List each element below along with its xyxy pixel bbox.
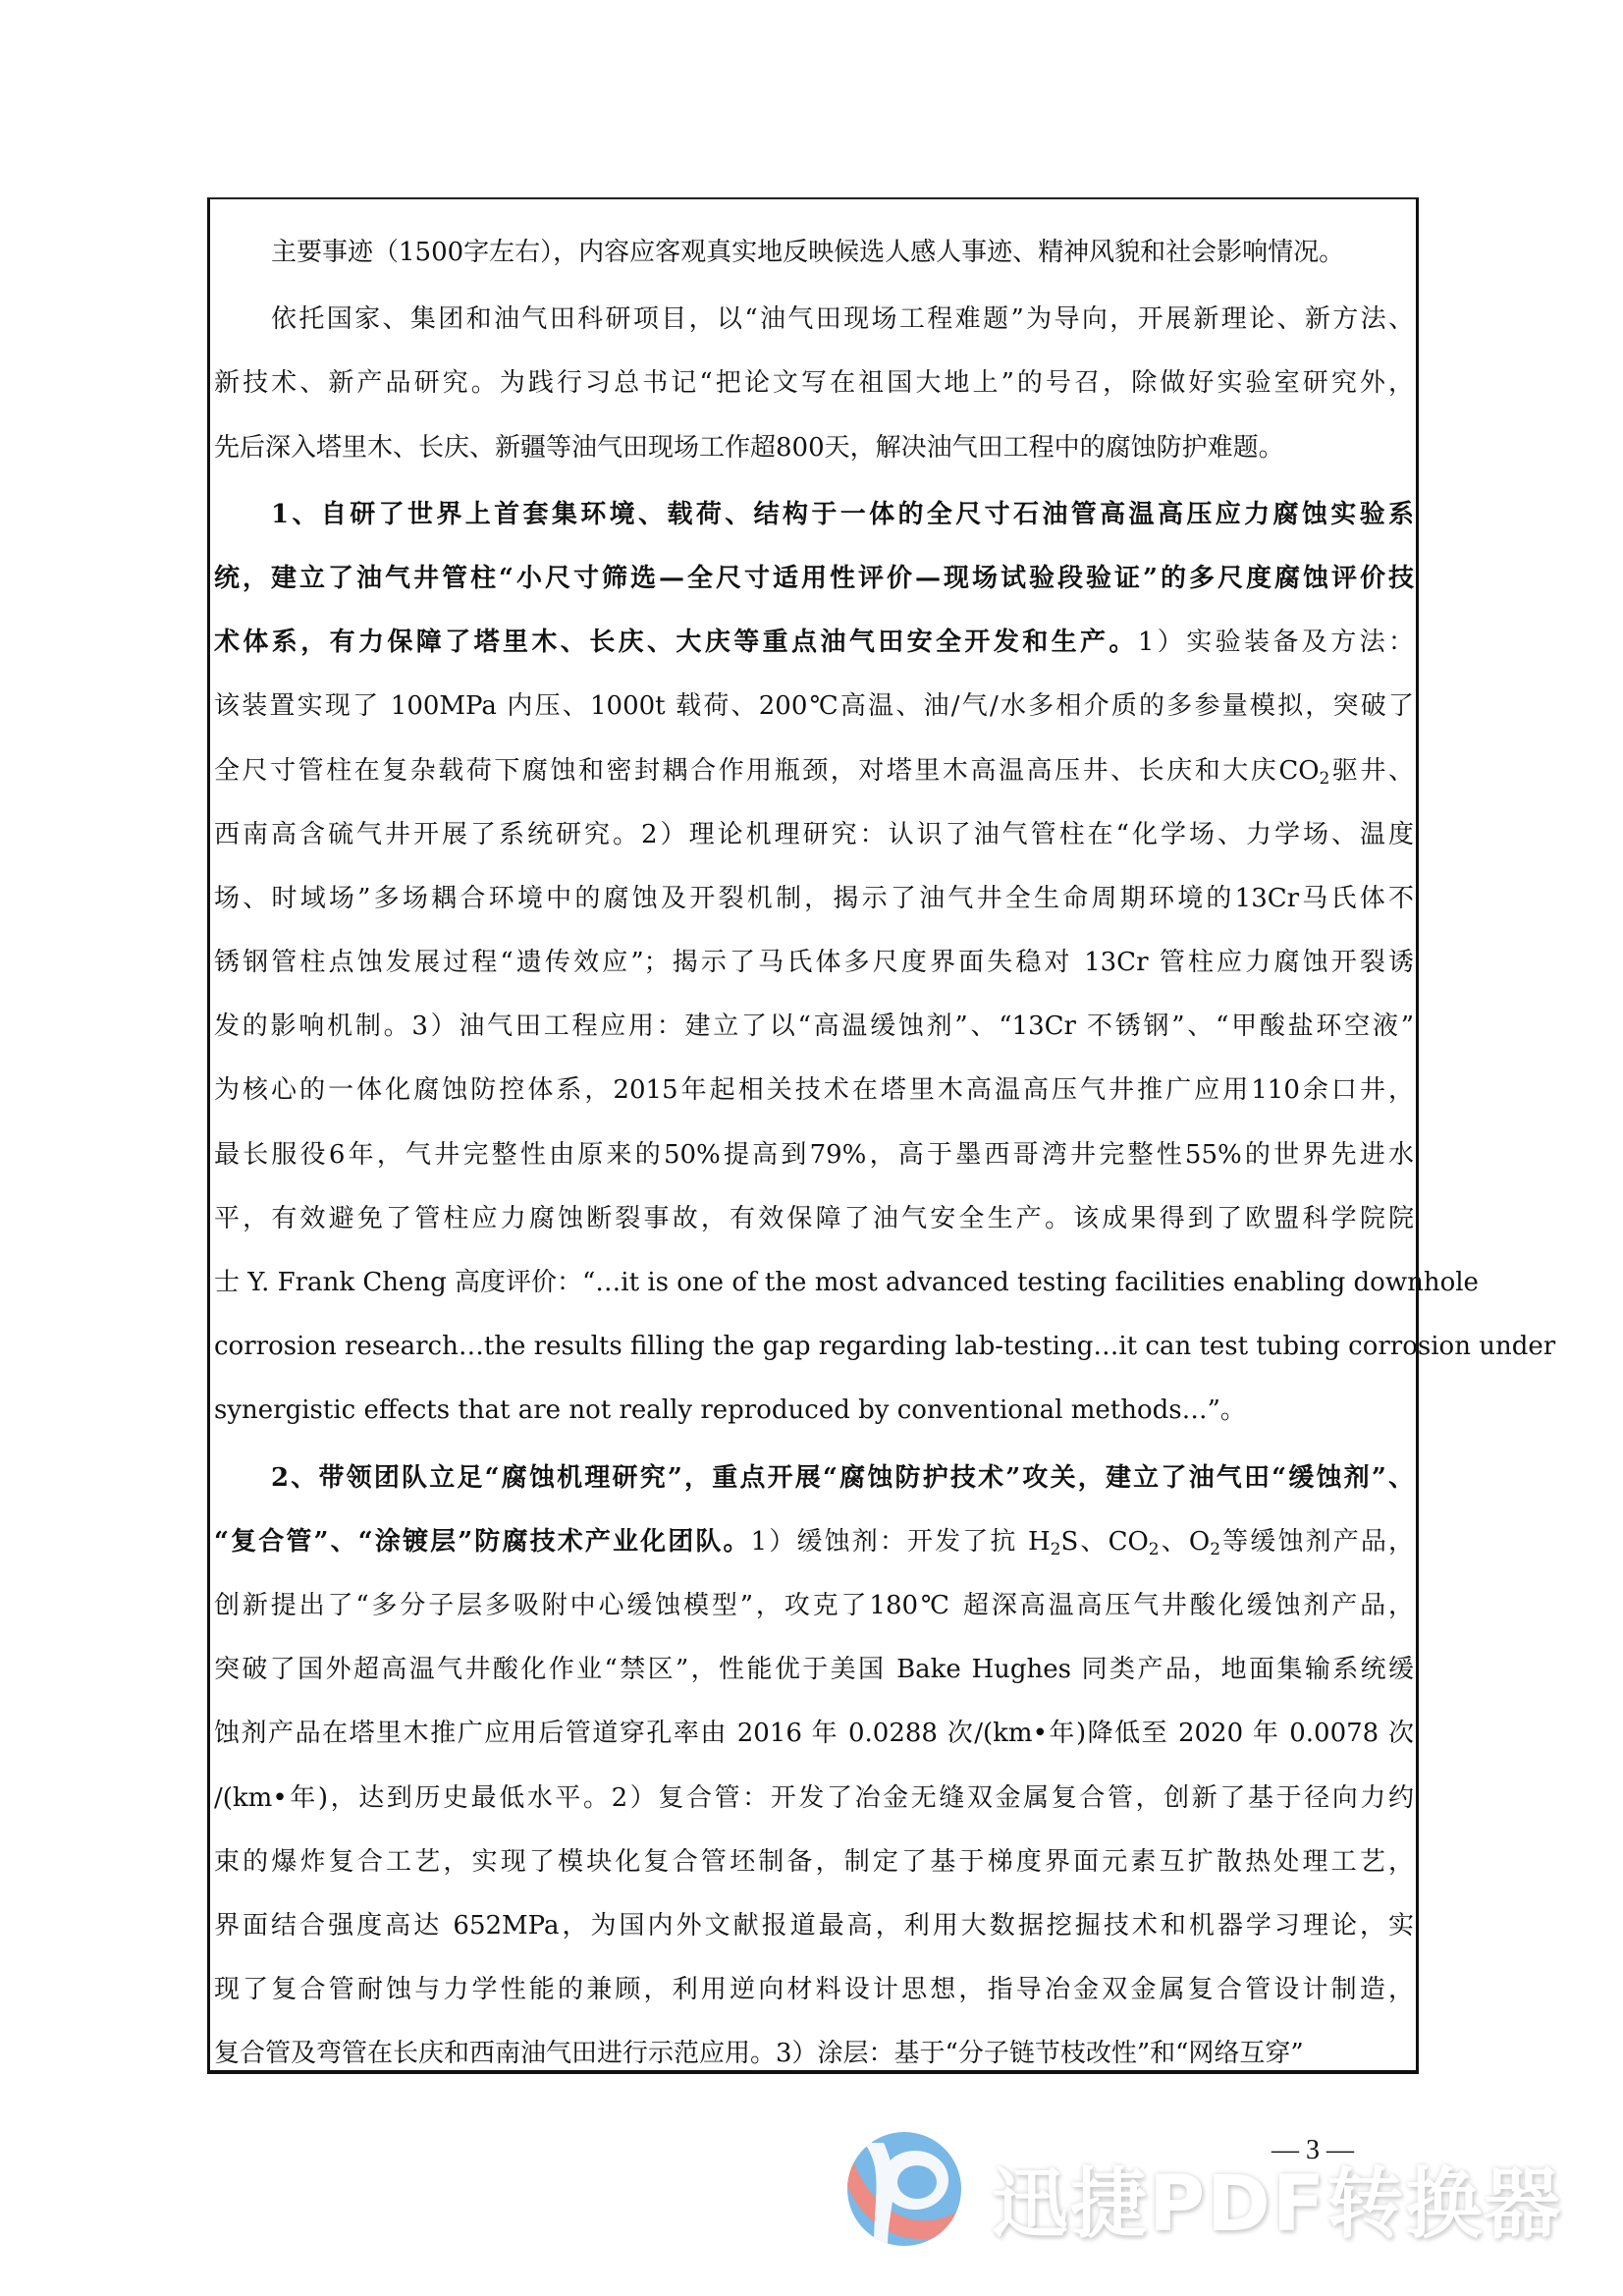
text-line: 术体系，有力保障了塔里木、长庆、大庆等重点油气田安全开发和生产。1）实验装备及方… <box>214 621 1414 684</box>
text-span: 、O <box>1160 1527 1211 1557</box>
text-span: 最长服役6年，气井完整性由原来的50%提高到79%，高于墨西哥湾井完整性55%的… <box>214 1140 1414 1170</box>
text-line: 士 Y. Frank Cheng 高度评价：“…it is one of the… <box>214 1261 1414 1325</box>
text-span: 为核心的一体化腐蚀防控体系，2015年起相关技术在塔里木高温高压气井推广应用11… <box>214 1075 1414 1105</box>
text-span: 创新提出了“多分子层多吸附中心缓蚀模型”，攻克了180℃ 超深高温高压气井酸化缓… <box>214 1591 1414 1620</box>
text-line: “复合管”、“涂镀层”防腐技术产业化团队。1）缓蚀剂：开发了抗 H2S、CO2、… <box>214 1520 1414 1584</box>
text-span: 依托国家、集团和油气田科研项目，以“油气田现场工程难题”为导向，开展新理论、新方… <box>271 304 1414 334</box>
text-line: 该装置实现了 100MPa 内压、1000t 载荷、200℃高温、油/气/水多相… <box>214 684 1414 748</box>
text-span: 1）缓蚀剂：开发了抗 H <box>751 1527 1051 1557</box>
text-span: 突破了国外超高温气井酸化作业“禁区”，性能优于美国 Bake Hughes 同类… <box>214 1655 1414 1684</box>
text-line: synergistic effects that are not really … <box>214 1389 1414 1452</box>
text-line: 统，建立了油气井管柱“小尺寸筛选—全尺寸适用性评价—现场试验段验证”的多尺度腐蚀… <box>214 557 1414 621</box>
text-span: 全尺寸管柱在复杂载荷下腐蚀和密封耦合作用瓶颈，对塔里木高温高压井、长庆和大庆CO <box>214 756 1320 786</box>
text-span: 士 Y. Frank Cheng 高度评价：“…it is one of the… <box>214 1268 1479 1297</box>
subscript: 2 <box>1320 769 1330 789</box>
text-line: 复合管及弯管在长庆和西南油气田进行示范应用。3）涂层：基于“分子链节枝改性”和“… <box>214 2032 1414 2096</box>
subscript: 2 <box>1149 1540 1160 1559</box>
text-span: 复合管及弯管在长庆和西南油气田进行示范应用。3）涂层：基于“分子链节枝改性”和“… <box>214 2039 1304 2068</box>
text-span: /(km•年)，达到历史最低水平。2）复合管：开发了冶金无缝双金属复合管，创新了… <box>214 1783 1414 1813</box>
page-number: — 3 — <box>1239 2135 1386 2166</box>
text-span: 新技术、新产品研究。为践行习总书记“把论文写在祖国大地上”的号召，除做好实验室研… <box>214 368 1414 398</box>
text-span: synergistic effects that are not really … <box>214 1395 1246 1425</box>
bold-text: 术体系，有力保障了塔里木、长庆、大庆等重点油气田安全开发和生产。 <box>214 628 1138 657</box>
subscript: 2 <box>1051 1540 1061 1559</box>
text-line: 2、带领团队立足“腐蚀机理研究”，重点开展“腐蚀防护技术”攻关，建立了油气田“缓… <box>214 1456 1414 1520</box>
text-span: 主要事迹（1500字左右），内容应客观真实地反映候选人感人事迹、精神风貌和社会影… <box>271 238 1344 267</box>
text-line: 为核心的一体化腐蚀防控体系，2015年起相关技术在塔里木高温高压气井推广应用11… <box>214 1068 1414 1132</box>
text-span: 先后深入塔里木、长庆、新疆等油气田现场工作超800天，解决油气田工程中的腐蚀防护… <box>214 433 1284 463</box>
document-body: 主要事迹（1500字左右），内容应客观真实地反映候选人感人事迹、精神风貌和社会影… <box>214 231 1414 2096</box>
text-line: 全尺寸管柱在复杂载荷下腐蚀和密封耦合作用瓶颈，对塔里木高温高压井、长庆和大庆CO… <box>214 749 1414 813</box>
bold-text: 统，建立了油气井管柱“小尺寸筛选—全尺寸适用性评价—现场试验段验证”的多尺度腐蚀… <box>214 564 1414 593</box>
bold-text: 1、自研了世界上首套集环境、载荷、结构于一体的全尺寸石油管高温高压应力腐蚀实验系 <box>271 500 1414 529</box>
text-line: 锈钢管柱点蚀发展过程“遗传效应”；揭示了马氏体多尺度界面失稳对 13Cr 管柱应… <box>214 941 1414 1005</box>
text-span: 现了复合管耐蚀与力学性能的兼顾，利用逆向材料设计思想，指导冶金双金属复合管设计制… <box>214 1975 1414 2004</box>
watermark: 迅捷PDF转换器 <box>835 2121 1600 2259</box>
text-line: /(km•年)，达到历史最低水平。2）复合管：开发了冶金无缝双金属复合管，创新了… <box>214 1777 1414 1840</box>
text-span: 蚀剂产品在塔里木推广应用后管道穿孔率由 2016 年 0.0288 次/(km•… <box>214 1719 1414 1748</box>
bold-text: 2、带领团队立足“腐蚀机理研究”，重点开展“腐蚀防护技术”攻关，建立了油气田“缓… <box>271 1463 1414 1493</box>
text-line: 突破了国外超高温气井酸化作业“禁区”，性能优于美国 Bake Hughes 同类… <box>214 1648 1414 1712</box>
text-span: 场、时域场”多场耦合环境中的腐蚀及开裂机制，揭示了油气井全生命周期环境的13Cr… <box>214 884 1414 913</box>
text-span: 驱井、 <box>1329 756 1414 786</box>
text-span: 平，有效避免了管柱应力腐蚀断裂事故，有效保障了油气安全生产。该成果得到了欧盟科学… <box>214 1204 1414 1233</box>
text-span: corrosion research…the results filling t… <box>214 1332 1555 1361</box>
text-line: 场、时域场”多场耦合环境中的腐蚀及开裂机制，揭示了油气井全生命周期环境的13Cr… <box>214 877 1414 941</box>
text-span: 1）实验装备及方法： <box>1138 628 1414 657</box>
bold-text: “复合管”、“涂镀层”防腐技术产业化团队。 <box>214 1527 751 1557</box>
text-line: 主要事迹（1500字左右），内容应客观真实地反映候选人感人事迹、精神风貌和社会影… <box>214 231 1414 295</box>
text-line: 蚀剂产品在塔里木推广应用后管道穿孔率由 2016 年 0.0288 次/(km•… <box>214 1712 1414 1776</box>
document-frame: 主要事迹（1500字左右），内容应客观真实地反映候选人感人事迹、精神风貌和社会影… <box>207 197 1419 2074</box>
xunjie-pdf-logo-icon <box>844 2129 964 2249</box>
text-line: 1、自研了世界上首套集环境、载荷、结构于一体的全尺寸石油管高温高压应力腐蚀实验系 <box>214 493 1414 557</box>
text-line: 创新提出了“多分子层多吸附中心缓蚀模型”，攻克了180℃ 超深高温高压气井酸化缓… <box>214 1584 1414 1648</box>
text-span: 该装置实现了 100MPa 内压、1000t 载荷、200℃高温、油/气/水多相… <box>214 691 1414 721</box>
text-span: 锈钢管柱点蚀发展过程“遗传效应”；揭示了马氏体多尺度界面失稳对 13Cr 管柱应… <box>214 948 1414 977</box>
text-span: S、CO <box>1060 1527 1148 1557</box>
text-line: 发的影响机制。3）油气田工程应用：建立了以“高温缓蚀剂”、“13Cr 不锈钢”、… <box>214 1005 1414 1068</box>
text-span: 西南高含硫气井开展了系统研究。2）理论机理研究：认识了油气管柱在“化学场、力学场… <box>214 820 1414 849</box>
text-span: 束的爆炸复合工艺，实现了模块化复合管坯制备，制定了基于梯度界面元素互扩散热处理工… <box>214 1847 1414 1877</box>
subscript: 2 <box>1210 1540 1220 1559</box>
text-line: corrosion research…the results filling t… <box>214 1325 1414 1389</box>
text-span: 等缓蚀剂产品， <box>1220 1527 1414 1557</box>
text-line: 束的爆炸复合工艺，实现了模块化复合管坯制备，制定了基于梯度界面元素互扩散热处理工… <box>214 1840 1414 1904</box>
text-line: 西南高含硫气井开展了系统研究。2）理论机理研究：认识了油气管柱在“化学场、力学场… <box>214 813 1414 877</box>
text-line: 平，有效避免了管柱应力腐蚀断裂事故，有效保障了油气安全生产。该成果得到了欧盟科学… <box>214 1197 1414 1261</box>
text-line: 新技术、新产品研究。为践行习总书记“把论文写在祖国大地上”的号召，除做好实验室研… <box>214 361 1414 425</box>
text-line: 最长服役6年，气井完整性由原来的50%提高到79%，高于墨西哥湾井完整性55%的… <box>214 1133 1414 1197</box>
text-span: 发的影响机制。3）油气田工程应用：建立了以“高温缓蚀剂”、“13Cr 不锈钢”、… <box>214 1011 1414 1041</box>
text-line: 现了复合管耐蚀与力学性能的兼顾，利用逆向材料设计思想，指导冶金双金属复合管设计制… <box>214 1968 1414 2032</box>
text-line: 界面结合强度高达 652MPa，为国内外文献报道最高，利用大数据挖掘技术和机器学… <box>214 1904 1414 1968</box>
text-line: 先后深入塔里木、长庆、新疆等油气田现场工作超800天，解决油气田工程中的腐蚀防护… <box>214 426 1414 490</box>
text-line: 依托国家、集团和油气田科研项目，以“油气田现场工程难题”为导向，开展新理论、新方… <box>214 298 1414 361</box>
text-span: 界面结合强度高达 652MPa，为国内外文献报道最高，利用大数据挖掘技术和机器学… <box>214 1911 1414 1941</box>
